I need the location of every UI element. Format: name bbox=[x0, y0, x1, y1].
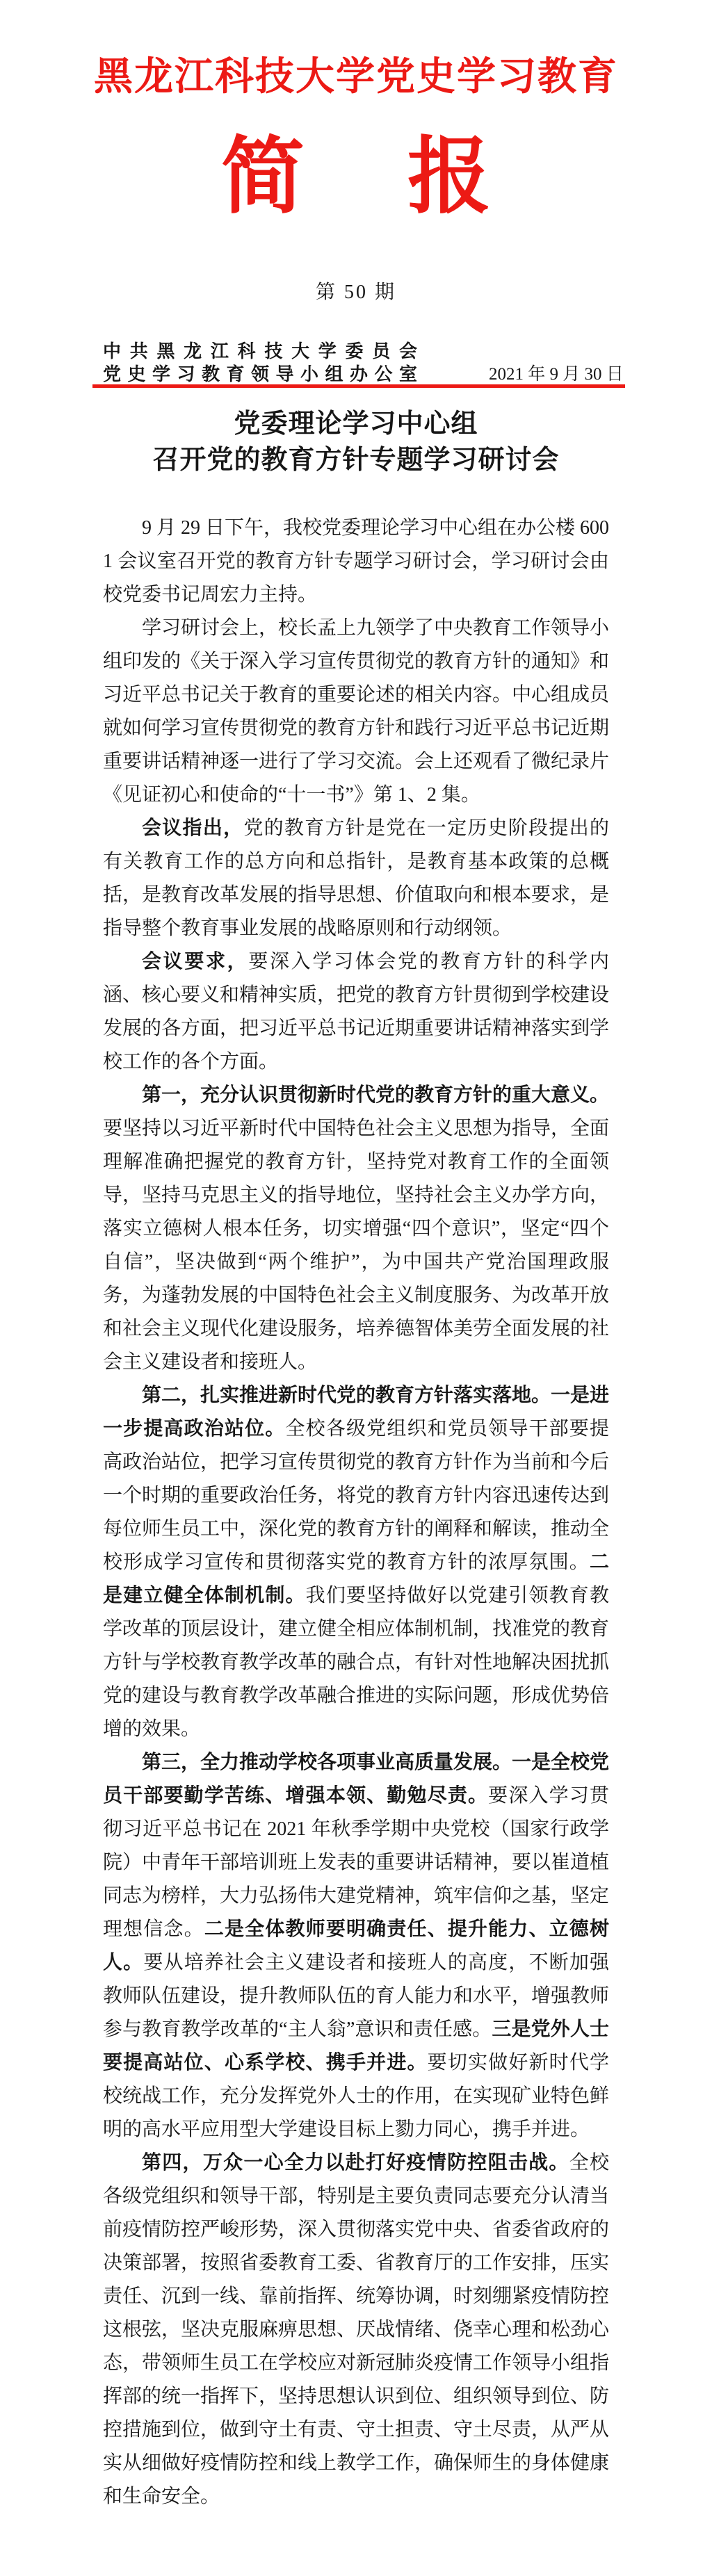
publisher-line-1: 中共黑龙江科技大学委员会 bbox=[103, 340, 417, 363]
body-paragraph: 9 月 29 日下午，我校党委理论学习中心组在办公楼 6001 会议室召开党的教… bbox=[103, 512, 609, 612]
text-run: 全校各级党组织和党员领导干部要提高政治站位，把学习宣传贯彻党的教育方针作为当前和… bbox=[103, 1418, 609, 1573]
publisher-block: 中共黑龙江科技大学委员会 党史学习教育领导小组办公室 bbox=[103, 340, 417, 386]
article-title: 党委理论学习中心组 召开党的教育方针专题学习研讨会 bbox=[0, 406, 712, 478]
body-paragraph: 会议指出，党的教育方针是党在一定历史阶段提出的有关教育工作的总方向和总指针，是教… bbox=[103, 812, 609, 945]
body-paragraph: 第三，全力推动学校各项事业高质量发展。一是全校党员干部要勤学苦练、增强本领、勤勉… bbox=[103, 1746, 609, 2146]
text-run: 要坚持以习近平新时代中国特色社会主义思想为指导，全面理解准确把握党的教育方针，坚… bbox=[103, 1118, 609, 1373]
text-run: 要深入学习贯彻习近平总书记在 2021 年秋季学期中央党校（国家行政学院）中青年… bbox=[103, 1785, 609, 1940]
publisher-line-2: 党史学习教育领导小组办公室 bbox=[103, 363, 417, 386]
emphasis-run: 会议指出， bbox=[142, 817, 243, 839]
text-run: 学习研讨会上，校长孟上九领学了中央教育工作领导小组印发的《关于深入学习宣传贯彻党… bbox=[103, 617, 609, 806]
body-paragraph: 学习研讨会上，校长孟上九领学了中央教育工作领导小组印发的《关于深入学习宣传贯彻党… bbox=[103, 612, 609, 812]
text-run: 我们要坚持做好以党建引领教育教学改革的顶层设计，建立健全相应体制机制，找准党的教… bbox=[103, 1585, 609, 1740]
body-paragraph: 会议要求，要深入学习体会党的教育方针的科学内涵、核心要义和精神实质，把党的教育方… bbox=[103, 945, 609, 1079]
publish-date: 2021 年 9 月 30 日 bbox=[489, 363, 624, 386]
masthead-org-title: 黑龙江科技大学党史学习教育 bbox=[0, 54, 712, 101]
emphasis-run: 第四，万众一心全力以赴打好疫情防控阻击战。 bbox=[142, 2152, 569, 2174]
bulletin-page: 黑龙江科技大学党史学习教育 简 报 第 50 期 中共黑龙江科技大学委员会 党史… bbox=[0, 0, 712, 2576]
article-title-line-1: 党委理论学习中心组 bbox=[0, 406, 712, 442]
bulletin-title: 简 报 bbox=[0, 133, 712, 221]
body-paragraph: 第四，万众一心全力以赴打好疫情防控阻击战。全校各级党组织和领导干部，特别是主要负… bbox=[103, 2146, 609, 2513]
article-title-line-2: 召开党的教育方针专题学习研讨会 bbox=[0, 442, 712, 478]
bulletin-title-char-right: 报 bbox=[407, 133, 491, 221]
emphasis-run: 第一，充分认识贯彻新时代党的教育方针的重大意义。 bbox=[142, 1084, 609, 1106]
issue-number: 第 50 期 bbox=[0, 277, 712, 304]
bulletin-title-char-left: 简 bbox=[221, 133, 305, 221]
body-paragraph: 第一，充分认识贯彻新时代党的教育方针的重大意义。要坚持以习近平新时代中国特色社会… bbox=[103, 1079, 609, 1379]
body-paragraph: 第二，扎实推进新时代党的教育方针落实落地。一是进一步提高政治站位。全校各级党组织… bbox=[103, 1379, 609, 1746]
masthead-divider-rule bbox=[92, 384, 625, 388]
article-body: 9 月 29 日下午，我校党委理论学习中心组在办公楼 6001 会议室召开党的教… bbox=[103, 512, 609, 2513]
text-run: 9 月 29 日下午，我校党委理论学习中心组在办公楼 6001 会议室召开党的教… bbox=[103, 517, 609, 605]
text-run: 全校各级党组织和领导干部，特别是主要负责同志要充分认清当前疫情防控严峻形势，深入… bbox=[103, 2152, 609, 2507]
emphasis-run: 会议要求， bbox=[142, 951, 248, 972]
